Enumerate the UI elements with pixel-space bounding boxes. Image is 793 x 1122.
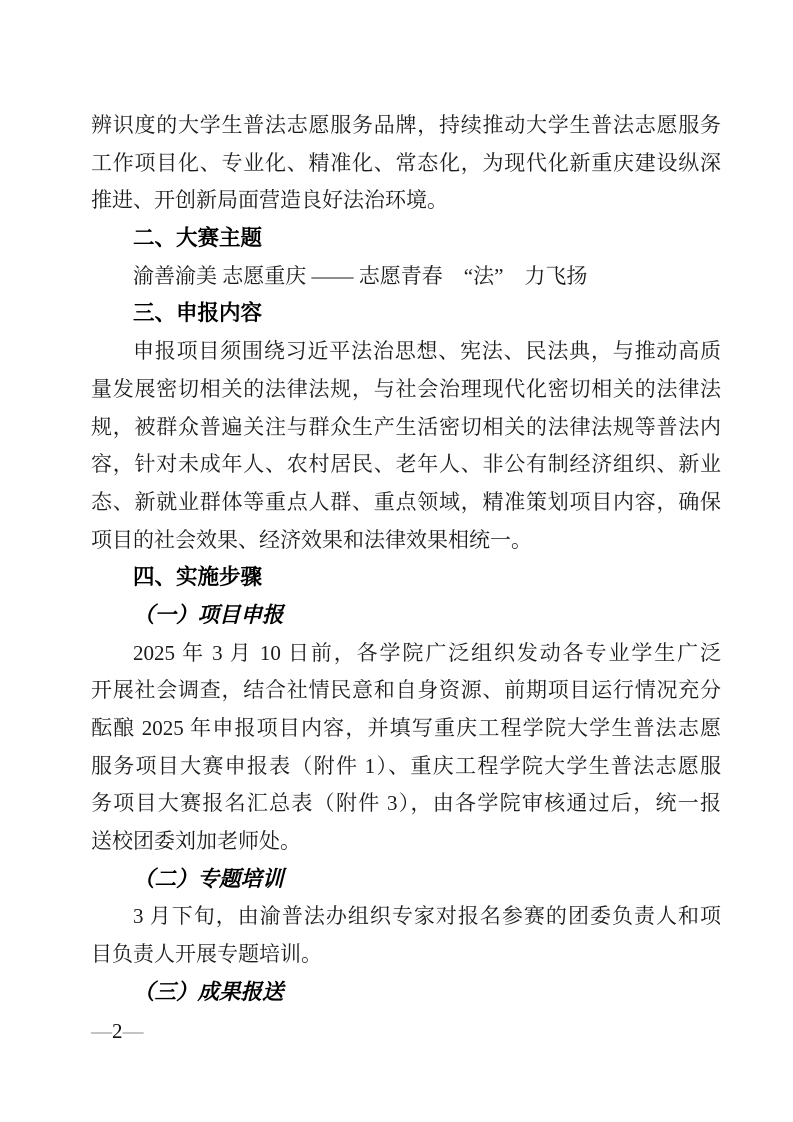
paragraph-line: 辨识度的大学生普法志愿服务品牌，持续推动大学生普法志愿服务 bbox=[91, 107, 721, 145]
page-number-left-dash: — bbox=[91, 1019, 112, 1043]
paragraph-line: 务项目大赛报名汇总表（附件 3），由各学院审核通过后，统一报 bbox=[91, 785, 721, 823]
paragraph-line: 3 月下旬，由渝普法办组织专家对报名参赛的团委负责人和项 bbox=[91, 898, 721, 936]
heading-implementation-steps: 四、实施步骤 bbox=[91, 559, 721, 597]
paragraph-line: 态、新就业群体等重点人群、重点领域，精准策划项目内容，确保 bbox=[91, 484, 721, 522]
paragraph-line: 申报项目须围绕习近平法治思想、宪法、民法典，与推动高质 bbox=[91, 333, 721, 371]
paragraph-line: 送校团委刘加老师处。 bbox=[91, 823, 721, 861]
paragraph-line: 目负责人开展专题培训。 bbox=[91, 936, 721, 974]
paragraph-line: 容，针对未成年人、农村居民、老年人、非公有制经济组织、新业 bbox=[91, 446, 721, 484]
heading-competition-theme: 二、大赛主题 bbox=[91, 220, 721, 258]
paragraph-line: 酝酿 2025 年申报项目内容，并填写重庆工程学院大学生普法志愿 bbox=[91, 710, 721, 748]
document-body: 辨识度的大学生普法志愿服务品牌，持续推动大学生普法志愿服务 工作项目化、专业化、… bbox=[91, 107, 721, 1012]
document-page: 辨识度的大学生普法志愿服务品牌，持续推动大学生普法志愿服务 工作项目化、专业化、… bbox=[0, 0, 793, 1122]
subheading-special-training: （二）专题培训 bbox=[91, 861, 721, 899]
paragraph-line: 项目的社会效果、经济效果和法律效果相统一。 bbox=[91, 522, 721, 560]
paragraph-line: 2025 年 3 月 10 日前，各学院广泛组织发动各专业学生广泛 bbox=[91, 635, 721, 673]
paragraph-line: 量发展密切相关的法律法规，与社会治理现代化密切相关的法律法 bbox=[91, 371, 721, 409]
page-footer: —2— bbox=[91, 1013, 144, 1051]
page-number: 2 bbox=[112, 1019, 123, 1043]
paragraph-line: 推进、开创新局面营造良好法治环境。 bbox=[91, 182, 721, 220]
subheading-results-submission: （三）成果报送 bbox=[91, 974, 721, 1012]
paragraph-line: 工作项目化、专业化、精准化、常态化，为现代化新重庆建设纵深 bbox=[91, 145, 721, 183]
subheading-project-application: （一）项目申报 bbox=[91, 597, 721, 635]
page-number-right-dash: — bbox=[123, 1019, 144, 1043]
paragraph-line: 服务项目大赛申报表（附件 1）、重庆工程学院大学生普法志愿服 bbox=[91, 748, 721, 786]
theme-slogan: 渝善渝美 志愿重庆 —— 志愿青春 “法” 力飞扬 bbox=[91, 258, 721, 296]
paragraph-line: 开展社会调查，结合社情民意和自身资源、前期项目运行情况充分 bbox=[91, 672, 721, 710]
heading-application-content: 三、申报内容 bbox=[91, 295, 721, 333]
paragraph-line: 规，被群众普遍关注与群众生产生活密切相关的法律法规等普法内 bbox=[91, 409, 721, 447]
